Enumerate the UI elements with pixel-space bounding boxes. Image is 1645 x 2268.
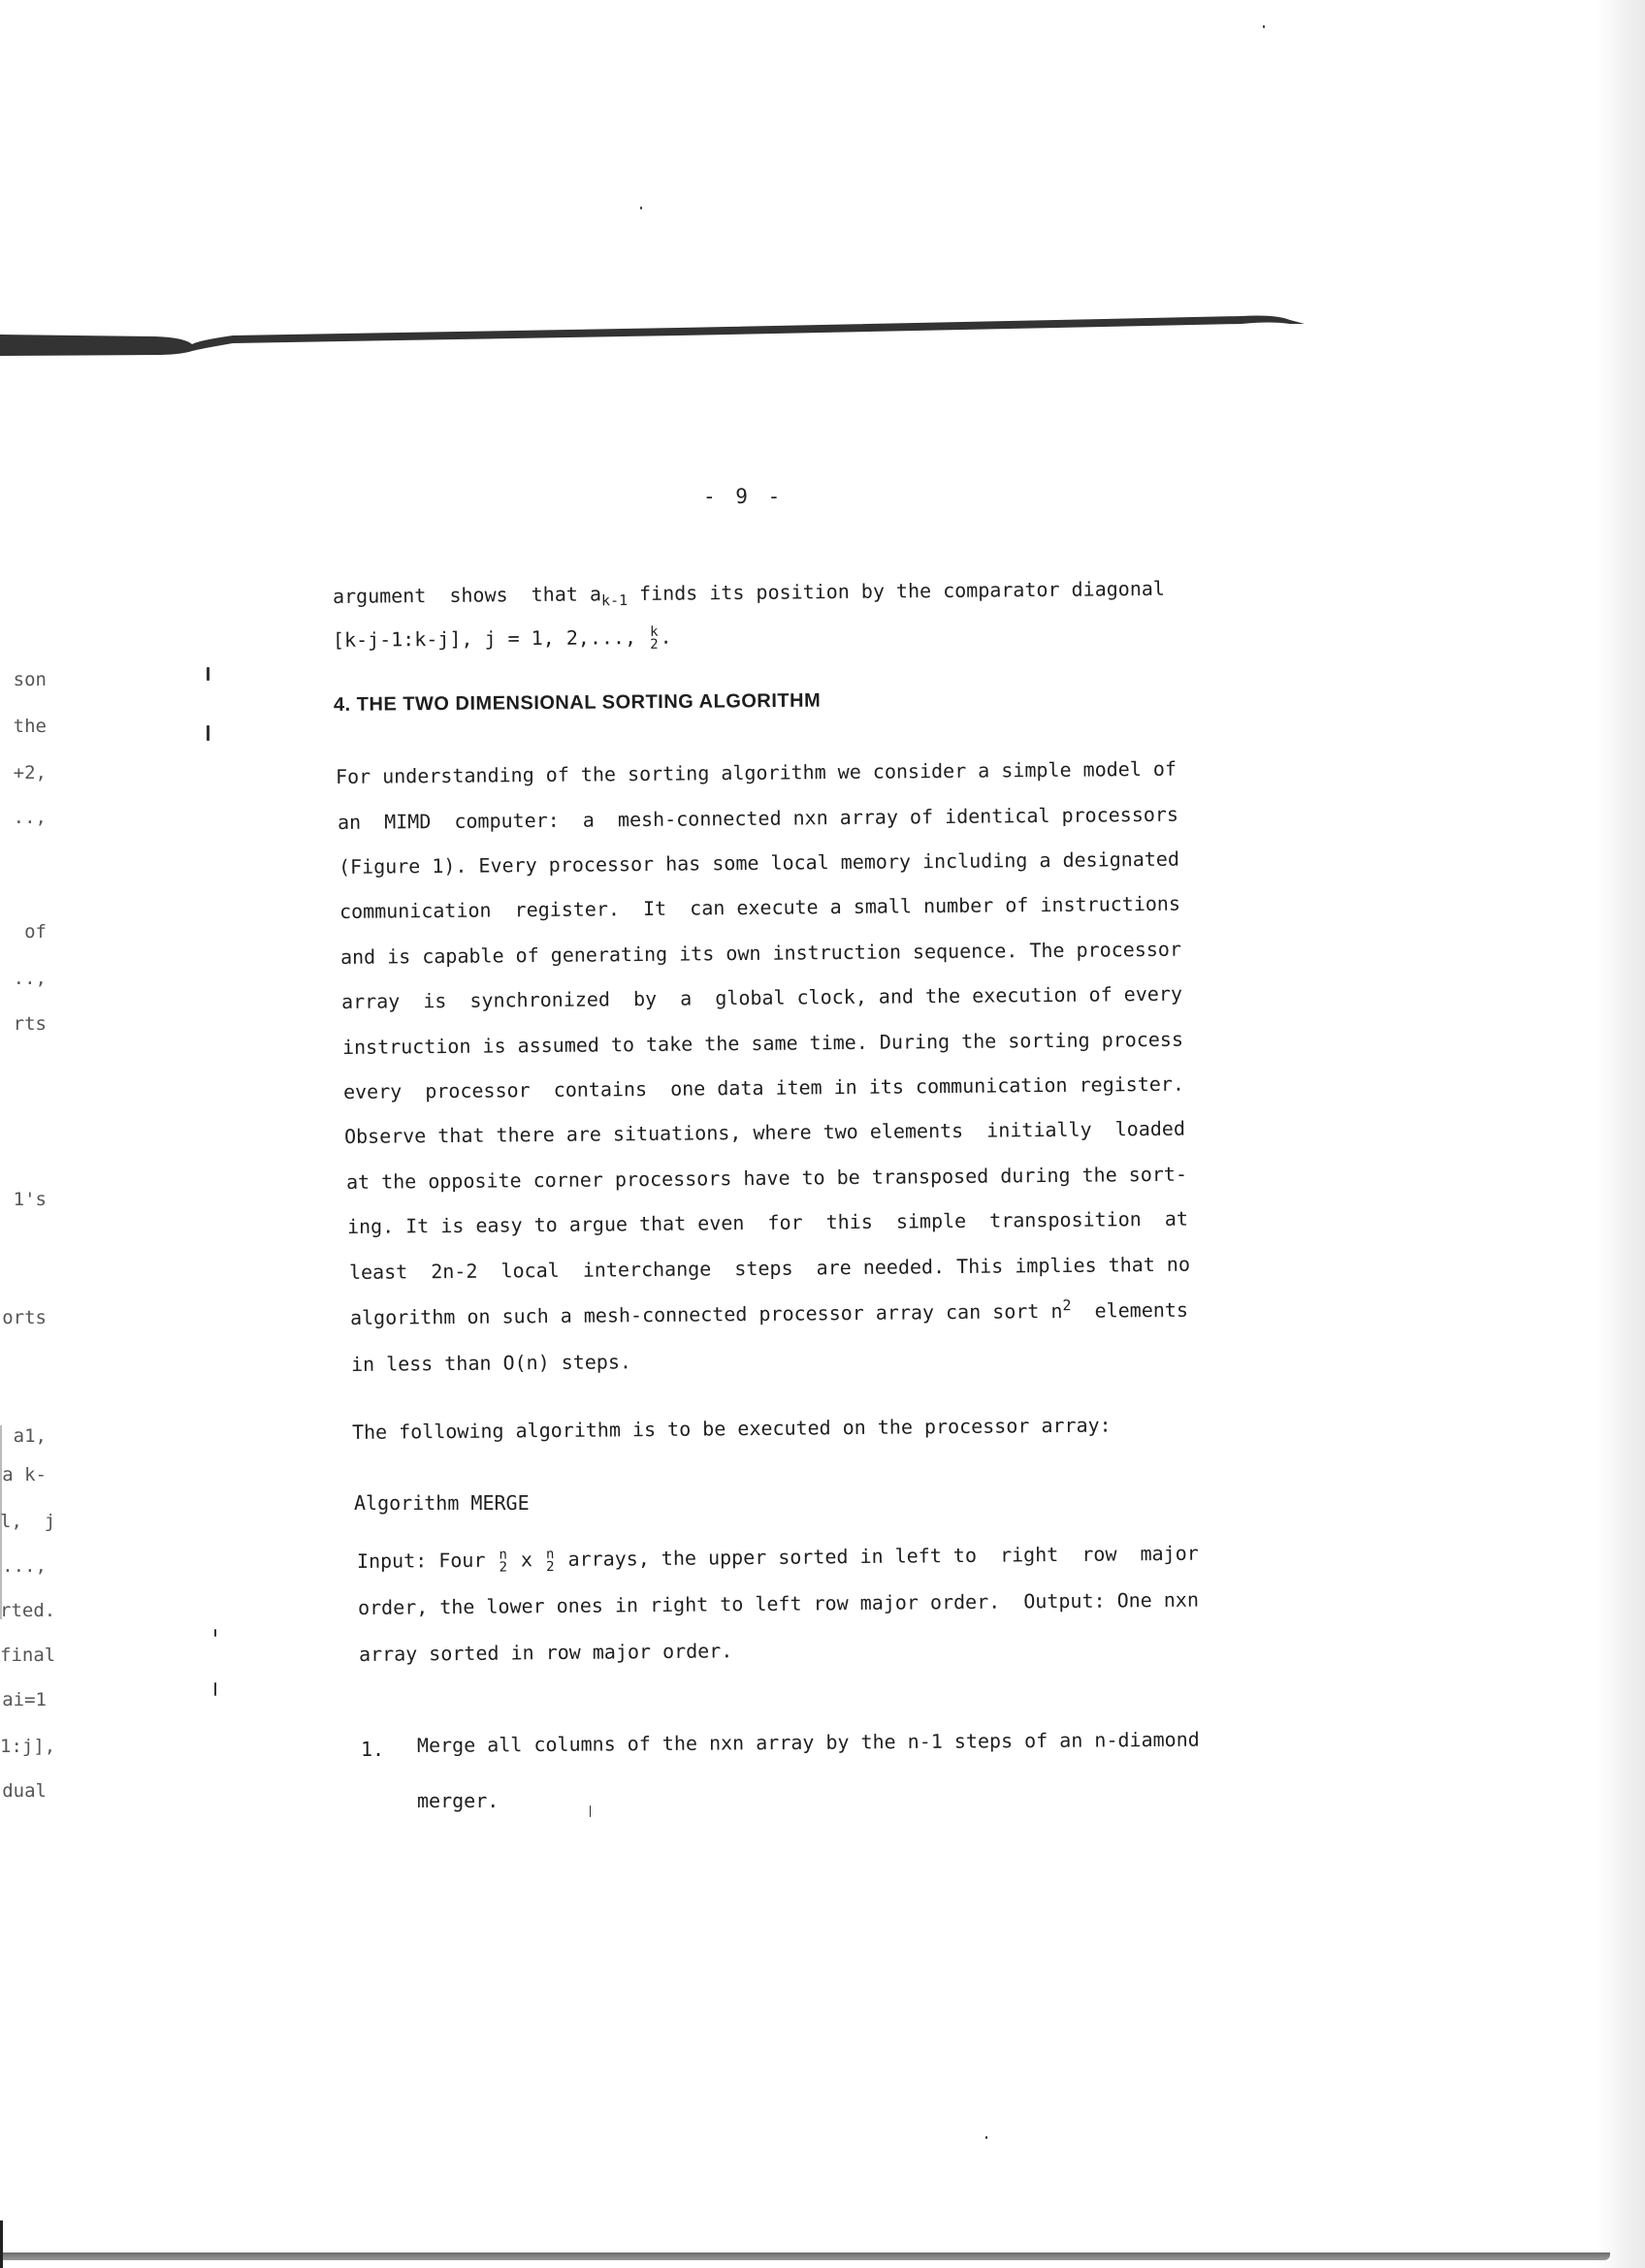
text-run: .	[660, 625, 671, 649]
paragraph-line: instruction is assumed to take the same …	[342, 1028, 1183, 1059]
scan-bar-artifact	[0, 312, 1305, 361]
margin-fragment: l, j	[0, 1511, 47, 1532]
paragraph-line: at the opposite corner processors have t…	[346, 1163, 1187, 1194]
text-run: algorithm on such a mesh-connected proce…	[350, 1299, 1063, 1329]
margin-fragment: ...,	[0, 1555, 47, 1577]
margin-fragment: 1:j],	[0, 1736, 47, 1757]
algorithm-input-line-3: array sorted in row major order.	[359, 1639, 733, 1666]
text-run: argument shows that a	[333, 582, 601, 608]
paragraph-line: For understanding of the sorting algorit…	[336, 757, 1177, 788]
scan-speck	[207, 667, 210, 681]
page-number: - 9 -	[703, 485, 784, 508]
paragraph-line: ing. It is easy to argue that even for t…	[347, 1207, 1188, 1238]
margin-fragment: dual	[0, 1780, 47, 1802]
algorithm-input-line-2: order, the lower ones in right to left r…	[358, 1588, 1199, 1619]
scan-speck	[640, 207, 642, 209]
margin-fragment: son	[0, 669, 47, 690]
subscript: k-1	[601, 591, 628, 609]
text-run: x	[509, 1548, 544, 1571]
left-scan-edge	[0, 2220, 3, 2268]
algorithm-input-line-1: Input: Four n2 x n2 arrays, the upper so…	[357, 1542, 1199, 1576]
paragraph-line: and is capable of generating its own ins…	[340, 938, 1181, 969]
paragraph-line: algorithm on such a mesh-connected proce…	[350, 1298, 1188, 1329]
fraction-denominator: 2	[499, 1561, 507, 1574]
text-run: arrays, the upper sorted in left to righ…	[556, 1542, 1198, 1571]
algorithm-title: Algorithm MERGE	[354, 1491, 530, 1515]
paragraph-line: an MIMD computer: a mesh-connected nxn a…	[338, 803, 1178, 834]
section-heading: 4. THE TWO DIMENSIONAL SORTING ALGORITHM	[334, 690, 821, 717]
margin-fragment: rts	[0, 1013, 47, 1035]
paragraph-line: array is synchronized by a global clock,…	[341, 982, 1182, 1013]
paragraph-line: (Figure 1). Every processor has some loc…	[339, 847, 1179, 878]
margin-fragment: ai=1	[0, 1689, 47, 1710]
margin-fragment: a k-	[0, 1464, 47, 1485]
scan-speck	[985, 2136, 987, 2139]
paragraph-line: every processor contains one data item i…	[343, 1072, 1184, 1103]
paragraph-line: Observe that there are situations, where…	[344, 1117, 1185, 1148]
margin-fragment: 1's	[0, 1189, 47, 1210]
paragraph-line: communication register. It can execute a…	[339, 892, 1180, 923]
carry-over-line-1: argument shows that ak-1 finds its posit…	[333, 577, 1165, 608]
superscript: 2	[1062, 1296, 1071, 1314]
margin-fragment: ..,	[0, 968, 47, 989]
paragraph-line: least 2n-2 local interchange steps are n…	[349, 1253, 1190, 1284]
fraction-denominator: 2	[650, 638, 659, 651]
text-run: Input: Four	[357, 1549, 498, 1573]
bottom-scan-edge	[0, 2252, 1610, 2260]
scan-speck	[207, 725, 210, 741]
margin-fragment: ..,	[0, 807, 47, 828]
page-edge-shadow	[1597, 0, 1645, 2268]
margin-fragment: a1,	[0, 1425, 47, 1447]
paragraph-line: in less than O(n) steps.	[351, 1350, 631, 1376]
margin-fragment: rted.	[0, 1600, 47, 1621]
fraction: n2	[499, 1549, 507, 1574]
fraction-denominator: 2	[546, 1561, 555, 1574]
step-text-line-1: Merge all columns of the nxn array by th…	[417, 1728, 1200, 1757]
text-run: [k-j-1:k-j], j = 1, 2,...,	[333, 625, 648, 652]
margin-fragment: of	[0, 921, 47, 942]
step-number: 1.	[361, 1738, 384, 1761]
carry-over-line-2: [k-j-1:k-j], j = 1, 2,..., k2.	[333, 625, 672, 655]
text-run: finds its position by the comparator dia…	[628, 577, 1165, 605]
algorithm-intro: The following algorithm is to be execute…	[352, 1413, 1112, 1444]
fraction: k2	[650, 625, 659, 651]
scan-speck	[214, 1629, 216, 1637]
margin-fragment: +2,	[0, 762, 47, 783]
fraction: n2	[546, 1549, 555, 1574]
scan-speck	[1263, 25, 1265, 28]
scan-speck	[214, 1682, 216, 1696]
margin-fragment: the	[0, 716, 47, 737]
margin-fragment: final	[0, 1645, 47, 1666]
scan-speck	[590, 1805, 591, 1817]
step-text-line-2: merger.	[417, 1789, 499, 1812]
text-run: elements	[1071, 1298, 1188, 1323]
margin-fragment: orts	[0, 1307, 47, 1328]
